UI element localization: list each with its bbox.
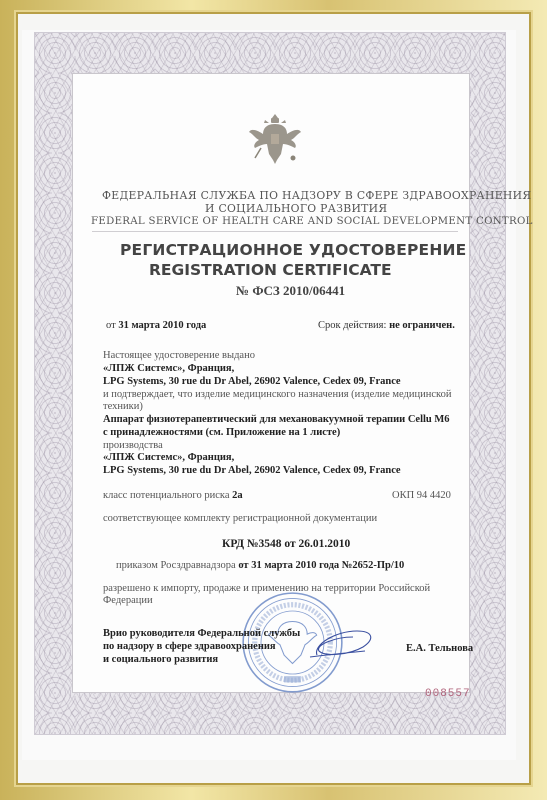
header-divider <box>92 231 458 232</box>
date-prefix: от <box>106 320 116 331</box>
manufacturer-label: производства <box>103 440 163 451</box>
manufacturer-name: «ЛПЖ Системс», Франция, <box>103 452 234 463</box>
order-value: от 31 марта 2010 года №2652-Пр/10 <box>238 560 404 571</box>
validity-label: Срок действия: <box>318 320 386 331</box>
printer-imprint <box>140 756 410 760</box>
holder-name: «ЛПЖ Системс», Франция, <box>103 363 234 374</box>
permitted-line2: Федерации <box>103 595 153 606</box>
manufacturer-address: LPG Systems, 30 rue du Dr Abel, 26902 Va… <box>103 465 401 476</box>
risk-class-label: класс потенциального риска <box>103 490 230 501</box>
krd-number: КРД №3548 от 26.01.2010 <box>222 538 350 550</box>
docs-label: соответствующее комплекту регистрационно… <box>103 513 377 524</box>
order-prefix: приказом Росздравнадзора <box>116 560 236 571</box>
certificate-title-ru: РЕГИСТРАЦИОННОЕ УДОСТОВЕРЕНИЕ <box>120 241 466 259</box>
signatory-name: Е.А. Тельнова <box>406 643 473 654</box>
holder-address: LPG Systems, 30 rue du Dr Abel, 26902 Va… <box>103 376 401 387</box>
issued-to-label: Настоящее удостоверение выдано <box>103 350 255 361</box>
certificate-number: № ФСЗ 2010/06441 <box>236 283 345 299</box>
order: приказом Росздравнадзора от 31 марта 201… <box>116 560 404 571</box>
handwritten-signature-icon <box>305 625 395 665</box>
agency-name-ru-line2: И СОЦИАЛЬНОГО РАЗВИТИЯ <box>205 202 387 215</box>
okp-code: ОКП 94 4420 <box>392 490 451 501</box>
signatory-title-line3: и социального развития <box>103 654 218 665</box>
gold-picture-frame: ФЕДЕРАЛЬНАЯ СЛУЖБА ПО НАДЗОРУ В СФЕРЕ ЗД… <box>0 0 547 800</box>
date-value: 31 марта 2010 года <box>118 320 206 331</box>
validity: Срок действия: не ограничен. <box>318 320 455 331</box>
issue-date: от 31 марта 2010 года <box>106 320 206 331</box>
signatory-title-line2: по надзору в сфере здравоохранения <box>103 641 276 652</box>
signatory-title-line1: Врио руководителя Федеральной службы <box>103 628 300 639</box>
agency-name-ru-line1: ФЕДЕРАЛЬНАЯ СЛУЖБА ПО НАДЗОРУ В СФЕРЕ ЗД… <box>102 189 531 202</box>
risk-class: класс потенциального риска 2а <box>103 490 243 501</box>
confirms-line2: техники) <box>103 401 143 412</box>
serial-number: 008557 <box>425 688 471 700</box>
certificate-title-en: REGISTRATION CERTIFICATE <box>149 261 392 279</box>
validity-value: не ограничен. <box>389 320 455 331</box>
product-line1: Аппарат физиотерапевтический для механов… <box>103 414 450 425</box>
confirms-line1: и подтверждает, что изделие медицинского… <box>103 389 451 400</box>
risk-class-value: 2а <box>232 490 243 501</box>
agency-name-en: FEDERAL SERVICE OF HEALTH CARE AND SOCIA… <box>91 216 533 227</box>
product-line2: с принадлежностями (см. Приложение на 1 … <box>103 427 340 438</box>
double-headed-eagle-icon <box>245 108 305 168</box>
